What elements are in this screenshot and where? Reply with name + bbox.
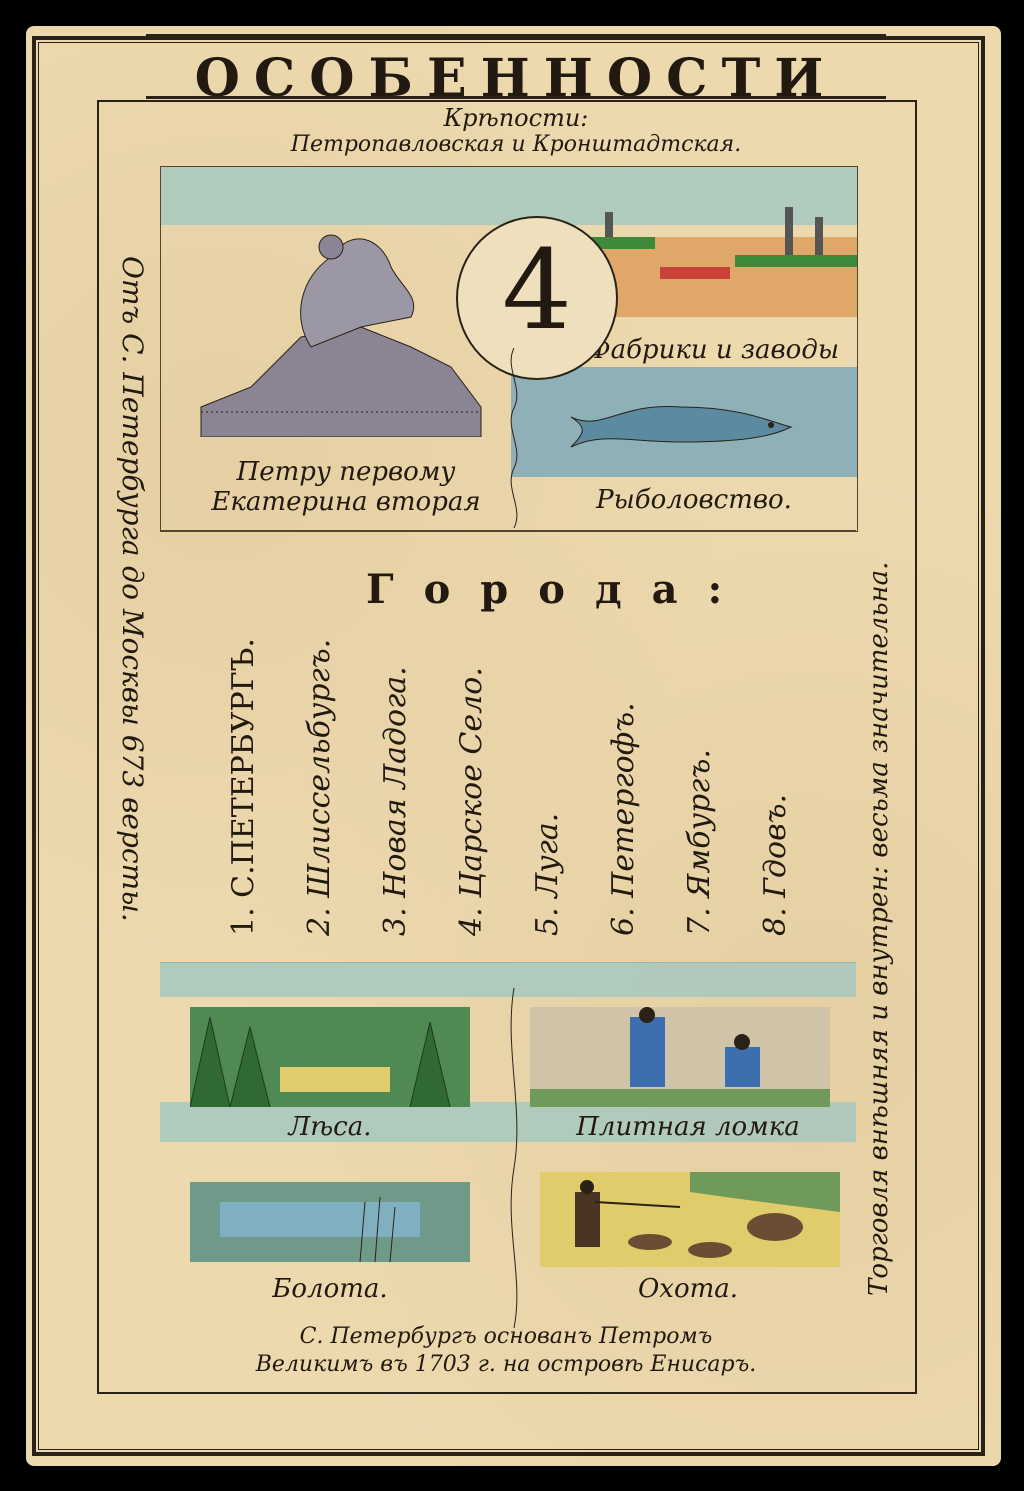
card-number: 4 <box>458 226 616 354</box>
left-margin-distance: Отъ С. Петербурга до Москвы 673 версты. <box>116 256 149 922</box>
title-rule-top <box>146 34 886 37</box>
footer-line-2: Великимъ въ 1703 г. на островѣ Енисаръ. <box>166 1352 846 1377</box>
town-item: 5. Луга. <box>530 813 565 936</box>
town-item: 7. Ямбургъ. <box>682 749 717 936</box>
town-item: 1. С.ПЕТЕРБУРГЪ. <box>226 638 261 936</box>
towns-title: Города: <box>366 566 752 613</box>
wavy-divider-icon <box>504 348 524 1328</box>
swamps-caption: Болота. <box>160 1274 500 1304</box>
town-item: 3. Новая Ладога. <box>378 666 413 936</box>
stone-quarry-icon <box>530 1007 830 1107</box>
quarry-caption: Плитная ломка <box>520 1112 856 1142</box>
playing-card: ОСОБЕННОСТИ Крѣпости: Петропавловская и … <box>26 26 1001 1466</box>
town-item: 2. Шлиссельбургъ. <box>302 639 337 936</box>
fish-icon <box>561 397 801 457</box>
hunting-icon <box>540 1172 840 1267</box>
footer-line-1: С. Петербургъ основанъ Петромъ <box>166 1324 846 1349</box>
swamp-icon <box>190 1182 470 1262</box>
forests-caption: Лѣса. <box>160 1112 500 1142</box>
town-item: 6. Петергофъ. <box>606 702 641 936</box>
town-item: 8. Гдовъ. <box>758 794 793 936</box>
hunting-caption: Охота. <box>520 1274 856 1304</box>
forest-icon <box>190 1007 470 1107</box>
fishing-caption: Рыболовство. <box>531 485 857 515</box>
card-number-badge: 4 <box>456 216 618 380</box>
right-margin-trade: Торговля внѣшняя и внутрен: весьма значи… <box>864 562 894 1296</box>
factories-icon <box>585 207 857 317</box>
title-rule-bottom <box>146 96 886 99</box>
statue-caption: Петру первому Екатерина вторая <box>171 457 521 517</box>
town-item: 4. Царское Село. <box>454 667 489 936</box>
